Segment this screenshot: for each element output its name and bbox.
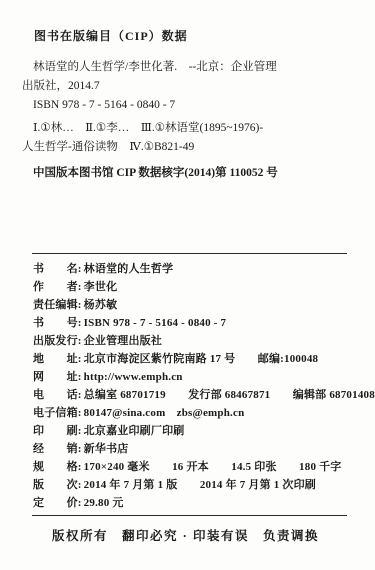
colophon-row: 电 话:总编室 68701719 发行部 68467871 编辑部 687014… (33, 386, 349, 404)
divider-bottom (32, 515, 347, 516)
field-value: 企业管理出版社 (82, 335, 162, 347)
field-label: 电子信箱: (33, 407, 82, 419)
colophon-row: 作 者:李世化 (33, 278, 349, 296)
colophon-row: 责任编辑:杨苏敏 (33, 296, 349, 314)
field-label: 责任编辑: (33, 299, 82, 311)
colophon-table: 书 名:林语堂的人生哲学 作 者:李世化 责任编辑:杨苏敏 书 号:ISBN 9… (33, 260, 349, 512)
field-value: 北京市海淀区紫竹院南路 17 号 邮编:100048 (82, 353, 319, 365)
field-value: ISBN 978 - 7 - 5164 - 0840 - 7 (82, 317, 227, 329)
cip-heading: 图书在版编目（CIP）数据 (34, 27, 349, 44)
field-label: 出版发行: (33, 335, 82, 347)
field-label: 网 址: (33, 371, 82, 383)
colophon-row: 印 刷:北京嘉业印刷厂印刷 (33, 422, 349, 440)
cip-classification-line2: 人生哲学-通俗读物 Ⅳ.①B821-49 (22, 138, 349, 157)
colophon-row: 定 价:29.80 元 (33, 494, 349, 512)
field-label: 地 址: (33, 353, 82, 365)
cip-title-line-continued: 出版社，2014.7 (22, 77, 349, 96)
field-label: 规 格: (33, 461, 82, 473)
colophon-row: 地 址:北京市海淀区紫竹院南路 17 号 邮编:100048 (33, 350, 349, 368)
field-value: 北京嘉业印刷厂印刷 (82, 425, 185, 437)
field-label: 作 者: (33, 281, 82, 293)
cip-isbn: ISBN 978 - 7 - 5164 - 0840 - 7 (33, 96, 349, 115)
cip-title-line: 林语堂的人生哲学/李世化著. --北京：企业管理 (33, 58, 349, 77)
colophon-row: 网 址:http://www.emph.cn (33, 368, 349, 386)
field-label: 经 销: (33, 443, 82, 455)
colophon-row: 书 号:ISBN 978 - 7 - 5164 - 0840 - 7 (33, 314, 349, 332)
field-label: 电 话: (33, 389, 82, 401)
colophon-row: 书 名:林语堂的人生哲学 (33, 260, 349, 278)
field-value: 2014 年 7 月第 1 版 2014 年 7 月第 1 次印刷 (82, 479, 316, 491)
field-value: 170×240 毫米 16 开本 14.5 印张 180 千字 (82, 461, 342, 473)
cip-section: 林语堂的人生哲学/李世化著. --北京：企业管理 出版社，2014.7 ISBN… (22, 58, 349, 183)
copyright-notice: 版权所有 翻印必究 · 印装有误 负责调换 (22, 526, 349, 544)
field-value: 林语堂的人生哲学 (82, 263, 174, 275)
divider-top (32, 253, 347, 254)
colophon-row: 规 格:170×240 毫米 16 开本 14.5 印张 180 千字 (33, 458, 349, 476)
field-label: 定 价: (33, 497, 82, 509)
field-value: http://www.emph.cn (82, 371, 183, 383)
colophon-row: 出版发行:企业管理出版社 (33, 332, 349, 350)
field-label: 书 号: (33, 317, 82, 329)
field-value: 80147@sina.com zbs@emph.cn (82, 407, 245, 419)
field-label: 版 次: (33, 479, 82, 491)
field-value: 总编室 68701719 发行部 68467871 编辑部 68701408 (82, 389, 375, 401)
field-label: 书 名: (33, 263, 82, 275)
field-label: 印 刷: (33, 425, 82, 437)
cip-classification-line1: Ⅰ.①林… Ⅱ.①李… Ⅲ.①林语堂(1895~1976)- (33, 119, 349, 138)
field-value: 杨苏敏 (82, 299, 118, 311)
field-value: 李世化 (82, 281, 118, 293)
colophon-row: 电子信箱:80147@sina.com zbs@emph.cn (33, 404, 349, 422)
field-value: 新华书店 (82, 443, 129, 455)
book-copyright-page: 图书在版编目（CIP）数据 林语堂的人生哲学/李世化著. --北京：企业管理 出… (0, 0, 375, 570)
colophon-row: 版 次:2014 年 7 月第 1 版 2014 年 7 月第 1 次印刷 (33, 476, 349, 494)
field-value: 29.80 元 (82, 497, 124, 509)
cip-record-number: 中国版本图书馆 CIP 数据核字(2014)第 110052 号 (33, 164, 349, 183)
colophon-row: 经 销:新华书店 (33, 440, 349, 458)
